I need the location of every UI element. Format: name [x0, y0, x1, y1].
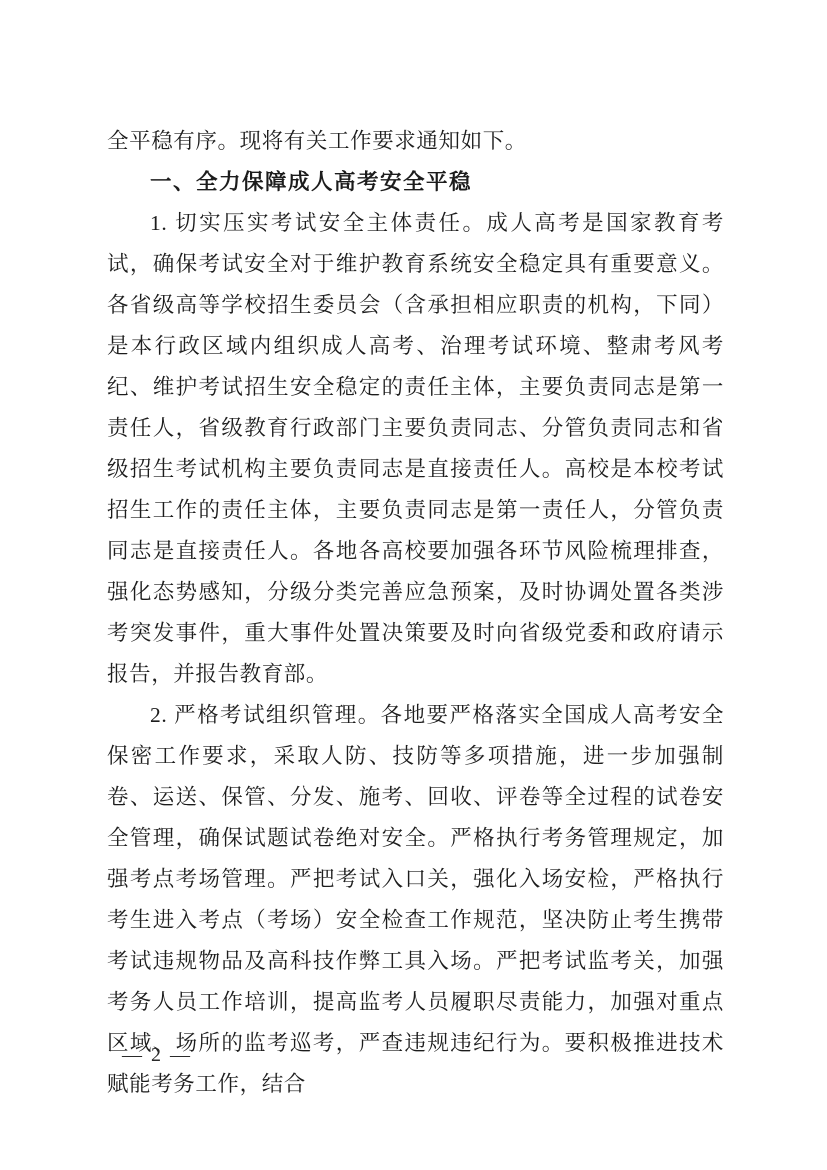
paragraph-2: 2. 严格考试组织管理。各地要严格落实全国成人高考安全保密工作要求，采取人防、技… [107, 695, 724, 1105]
page-number: — 2 — [122, 1041, 192, 1069]
document-page: 全平稳有序。现将有关工作要求通知如下。 一、全力保障成人高考安全平稳 1. 切实… [0, 0, 827, 1170]
section-heading: 一、全力保障成人高考安全平稳 [107, 162, 724, 203]
intro-continuation-line: 全平稳有序。现将有关工作要求通知如下。 [107, 121, 724, 162]
paragraph-1-text: 成人高考是国家教育考试，确保考试安全对于维护教育系统安全稳定具有重要意义。各省级… [107, 211, 724, 686]
paragraph-1-lead: 1. 切实压实考试安全主体责任。 [150, 211, 486, 235]
paragraph-2-text: 各地要严格落实全国成人高考安全保密工作要求，采取人防、技防等多项措施，进一步加强… [107, 703, 724, 1096]
paragraph-2-lead: 2. 严格考试组织管理。 [150, 703, 381, 727]
paragraph-1: 1. 切实压实考试安全主体责任。成人高考是国家教育考试，确保考试安全对于维护教育… [107, 203, 724, 695]
document-body: 全平稳有序。现将有关工作要求通知如下。 一、全力保障成人高考安全平稳 1. 切实… [107, 121, 724, 1105]
